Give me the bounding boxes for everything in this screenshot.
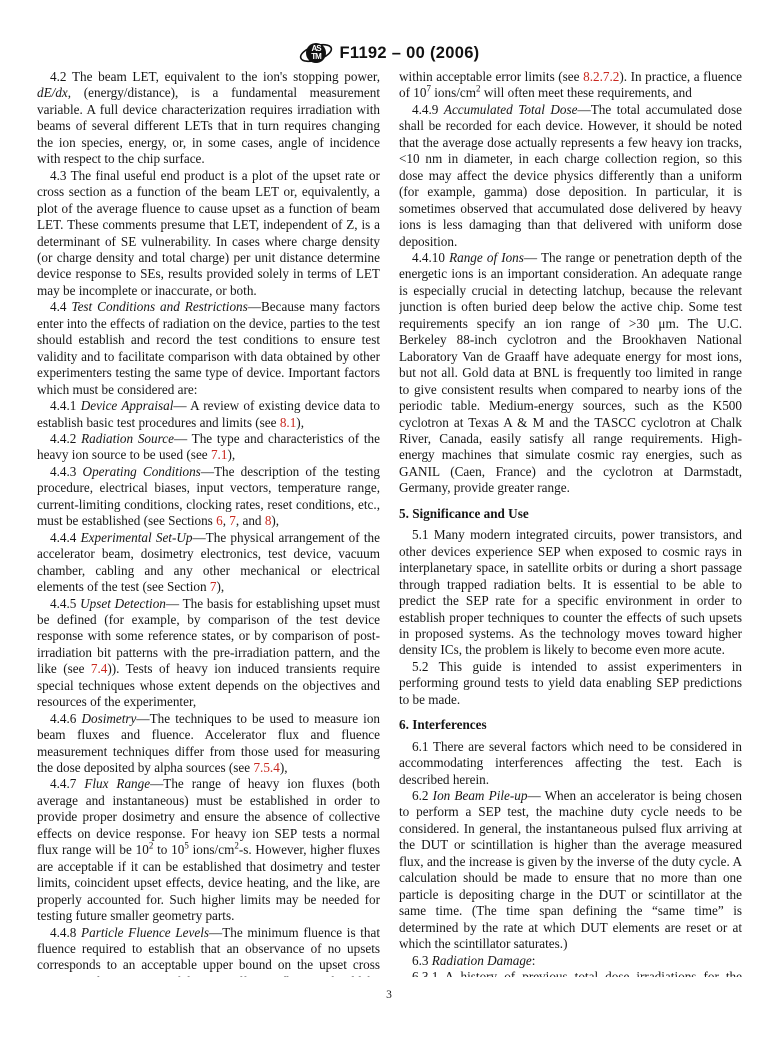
section-link[interactable]: 7.5.4 [253,760,279,775]
text-run: — The range or penetration depth of the … [399,250,742,495]
text-run: , (energy/distance), is a fundamental me… [37,85,380,166]
svg-text:TM: TM [311,52,322,61]
text-run: 4.4 [50,299,71,314]
paragraph: 4.3 The final useful end product is a pl… [37,168,380,300]
italic-term: Radiation Damage [432,953,532,968]
text-run: ), [296,415,304,430]
text-run: ), [271,513,279,528]
paragraph: within acceptable error limits (see 8.2.… [399,69,742,102]
paragraph: 4.4.2 Radiation Source— The type and cha… [37,431,380,464]
document-page: AS TM F1192 – 00 (2006) 4.2 The beam LET… [0,0,778,1041]
section-link[interactable]: 7.4 [91,661,107,676]
section-link[interactable]: 7 [229,513,236,528]
text-run: 5.2 This guide is intended to assist exp… [399,659,742,707]
right-column: within acceptable error limits (see 8.2.… [399,69,742,977]
italic-term: Particle Fluence Levels [81,925,209,940]
paragraph: 4.4.5 Upset Detection— The basis for est… [37,596,380,711]
paragraph: 6.1 There are several factors which need… [399,739,742,788]
text-run: : [532,953,536,968]
italic-term: Range of Ions [449,250,524,265]
page-number: 3 [0,989,778,1001]
paragraph: 6.2 Ion Beam Pile-up— When an accelerato… [399,788,742,953]
text-run: — When an accelerator is being chosen to… [399,788,742,951]
text-run: 4.4.7 [50,776,84,791]
section-link[interactable]: 8.1 [280,415,296,430]
paragraph: 4.4.9 Accumulated Total Dose—The total a… [399,102,742,250]
two-column-body: 4.2 The beam LET, equivalent to the ion'… [37,69,742,977]
italic-term: Radiation Source [81,431,174,446]
text-run: 6.3.1 A history of previous total dose i… [399,969,742,977]
text-run: 4.4.4 [50,530,81,545]
italic-term: Ion Beam Pile-up [433,788,528,803]
text-run: 5. Significance and Use [399,506,529,521]
text-run: 5.1 Many modern integrated circuits, pow… [399,527,742,657]
text-run: ), [280,760,288,775]
text-run: 4.4.5 [50,596,80,611]
text-run: 4.4.1 [50,398,81,413]
document-header: AS TM F1192 – 00 (2006) [0,40,778,66]
paragraph: 4.4.4 Experimental Set-Up—The physical a… [37,530,380,596]
text-run: 4.2 The beam LET, equivalent to the ion'… [50,69,380,84]
section-link[interactable]: 6 [216,513,223,528]
text-run: 4.3 The final useful end product is a pl… [37,168,380,298]
text-run: —The total accumulated dose shall be rec… [399,102,742,249]
paragraph: 5.2 This guide is intended to assist exp… [399,659,742,708]
text-run: 6. Interferences [399,717,487,732]
text-run: 4.4.2 [50,431,81,446]
text-run: ions/cm [189,842,235,857]
text-run: within acceptable error limits (see [399,69,583,84]
text-run: ions/cm [431,85,476,100]
text-run: , and [236,513,265,528]
paragraph: 4.4.6 Dosimetry—The techniques to be use… [37,711,380,777]
text-run: to 10 [153,842,184,857]
paragraph: 4.4.10 Range of Ions— The range or penet… [399,250,742,497]
section-heading: 6. Interferences [399,717,742,733]
text-run: 6.1 There are several factors which need… [399,739,742,787]
italic-term: Device Appraisal [81,398,174,413]
paragraph: 4.4.8 Particle Fluence Levels—The minimu… [37,925,380,977]
section-link[interactable]: 8.2.7.2 [583,69,619,84]
paragraph: 4.4.3 Operating Conditions—The descripti… [37,464,380,530]
paragraph: 4.4 Test Conditions and Restrictions—Bec… [37,299,380,398]
paragraph: 4.4.1 Device Appraisal— A review of exis… [37,398,380,431]
paragraph: 4.4.7 Flux Range—The range of heavy ion … [37,776,380,924]
section-link[interactable]: 7.1 [211,447,227,462]
left-column: 4.2 The beam LET, equivalent to the ion'… [37,69,380,977]
paragraph: 6.3 Radiation Damage: [399,953,742,969]
text-run: 6.2 [412,788,433,803]
text-run: ), [216,579,224,594]
italic-term: Flux Range [84,776,150,791]
paragraph: 4.2 The beam LET, equivalent to the ion'… [37,69,380,168]
text-run: 4.4.10 [412,250,449,265]
section-heading: 5. Significance and Use [399,506,742,522]
italic-term: Experimental Set-Up [81,530,193,545]
document-code: F1192 – 00 (2006) [340,44,480,63]
paragraph: 6.3.1 A history of previous total dose i… [399,969,742,977]
text-run: ), [227,447,235,462]
italic-term: Operating Conditions [83,464,201,479]
italic-term: Accumulated Total Dose [444,102,578,117]
astm-logo-icon: AS TM [299,40,333,66]
italic-term: dE/dx [37,85,68,100]
italic-term: Dosimetry [81,711,136,726]
text-run: 4.4.3 [50,464,83,479]
text-run: 6.3 [412,953,432,968]
text-run: will often meet these requirements, and [481,85,692,100]
italic-term: Test Conditions and Restrictions [71,299,247,314]
paragraph: 5.1 Many modern integrated circuits, pow… [399,527,742,659]
text-run: 4.4.6 [50,711,81,726]
text-run: 4.4.9 [412,102,444,117]
text-run: 4.4.8 [50,925,81,940]
italic-term: Upset Detection [80,596,166,611]
